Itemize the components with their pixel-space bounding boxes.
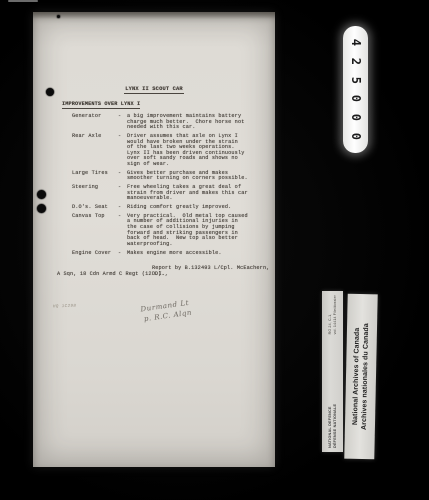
item-label: Steering bbox=[72, 185, 118, 191]
page-title-text: LYNX II SCOUT CAR bbox=[124, 86, 184, 94]
item-dash: - bbox=[118, 205, 127, 211]
item-description: Makes engine more accessible. bbox=[127, 251, 222, 257]
archive-reference-line2: vol. 14414 File/dossier bbox=[333, 295, 337, 334]
archive-reference: RG 24, C-1, vol. 14414 File/dossier bbox=[328, 295, 337, 334]
reference-label-rotated: NATIONAL DEFENCE DÉFENSE NATIONALE RG 24… bbox=[322, 291, 343, 452]
counter-digit: 0 bbox=[346, 114, 365, 121]
item-description: Gives better purchase and makes smoother… bbox=[127, 171, 248, 182]
list-item-dos-seat: D.O's. Seat - Riding comfort greatly imp… bbox=[72, 205, 272, 211]
film-scratch bbox=[8, 0, 38, 2]
counter-digit: 2 bbox=[346, 58, 365, 65]
report-attribution-line1: Report by B.132493 L/Cpl. McEachern, D.I… bbox=[152, 266, 275, 277]
hole-punch-mark bbox=[37, 190, 46, 199]
item-description: Riding comfort greatly improved. bbox=[127, 205, 231, 211]
improvement-list: Generator - a big improvement maintains … bbox=[72, 114, 272, 259]
item-label: Canvas Top bbox=[72, 214, 118, 220]
item-dash: - bbox=[118, 214, 127, 220]
defence-label-en: NATIONAL DEFENCE bbox=[328, 404, 333, 448]
defence-label: NATIONAL DEFENCE DÉFENSE NATIONALE bbox=[328, 404, 337, 448]
list-item-canvas-top: Canvas Top - Very practical. Old metal t… bbox=[72, 214, 272, 248]
frame-counter: 4 2 5 0 0 0 bbox=[343, 26, 368, 153]
item-description: a big improvement maintains battery char… bbox=[127, 114, 244, 131]
section-heading: IMPROVEMENTS OVER LYNX I bbox=[62, 101, 140, 109]
item-label: Engine Cover bbox=[72, 251, 118, 257]
item-description: Very practical. Old metal top caused a n… bbox=[127, 214, 248, 248]
reference-label-strip: NATIONAL DEFENCE DÉFENSE NATIONALE RG 24… bbox=[322, 291, 343, 452]
ink-speck bbox=[57, 15, 60, 18]
list-item-engine-cover: Engine Cover - Makes engine more accessi… bbox=[72, 251, 272, 257]
microfilm-frame: LYNX II SCOUT CAR IMPROVEMENTS OVER LYNX… bbox=[0, 0, 429, 500]
item-dash: - bbox=[118, 171, 127, 177]
archives-label-rotated: National Archives of Canada Archives nat… bbox=[344, 294, 377, 460]
counter-digit: 4 bbox=[346, 39, 365, 46]
item-label: D.O's. Seat bbox=[72, 205, 118, 211]
item-label: Large Tires bbox=[72, 171, 118, 177]
item-dash: - bbox=[118, 114, 127, 120]
item-dash: - bbox=[118, 185, 127, 191]
hole-punch-mark bbox=[46, 88, 54, 96]
report-attribution-line2: A Sqn, 18 Cdn Armd C Regt (12 D). bbox=[57, 272, 165, 278]
handwritten-note: Durmand Lt p. R.C. Alqn bbox=[140, 299, 192, 323]
counter-digit: 0 bbox=[346, 95, 365, 102]
list-item-rear-axle: Rear Axle - Driver assumes that axle on … bbox=[72, 134, 272, 168]
list-item-large-tires: Large Tires - Gives better purchase and … bbox=[72, 171, 272, 182]
defence-label-fr: DÉFENSE NATIONALE bbox=[333, 404, 338, 448]
document-page: LYNX II SCOUT CAR IMPROVEMENTS OVER LYNX… bbox=[33, 12, 275, 467]
counter-digit: 5 bbox=[346, 76, 365, 83]
hole-punch-mark bbox=[37, 204, 46, 213]
item-label: Generator bbox=[72, 114, 118, 120]
page-edge-shadow bbox=[33, 12, 275, 19]
page-title: LYNX II SCOUT CAR bbox=[33, 86, 275, 92]
archives-label-strip: National Archives of Canada Archives nat… bbox=[344, 294, 377, 460]
list-item-steering: Steering - Free wheeling takes a great d… bbox=[72, 185, 272, 202]
item-description: Driver assumes that axle on Lynx I would… bbox=[127, 134, 244, 168]
item-label: Rear Axle bbox=[72, 134, 118, 140]
list-item-generator: Generator - a big improvement maintains … bbox=[72, 114, 272, 131]
pencil-note: HQ 1C298 bbox=[53, 305, 76, 310]
item-dash: - bbox=[118, 251, 127, 257]
item-dash: - bbox=[118, 134, 127, 140]
item-description: Free wheeling takes a great deal of stra… bbox=[127, 185, 248, 202]
counter-digit: 0 bbox=[346, 133, 365, 140]
